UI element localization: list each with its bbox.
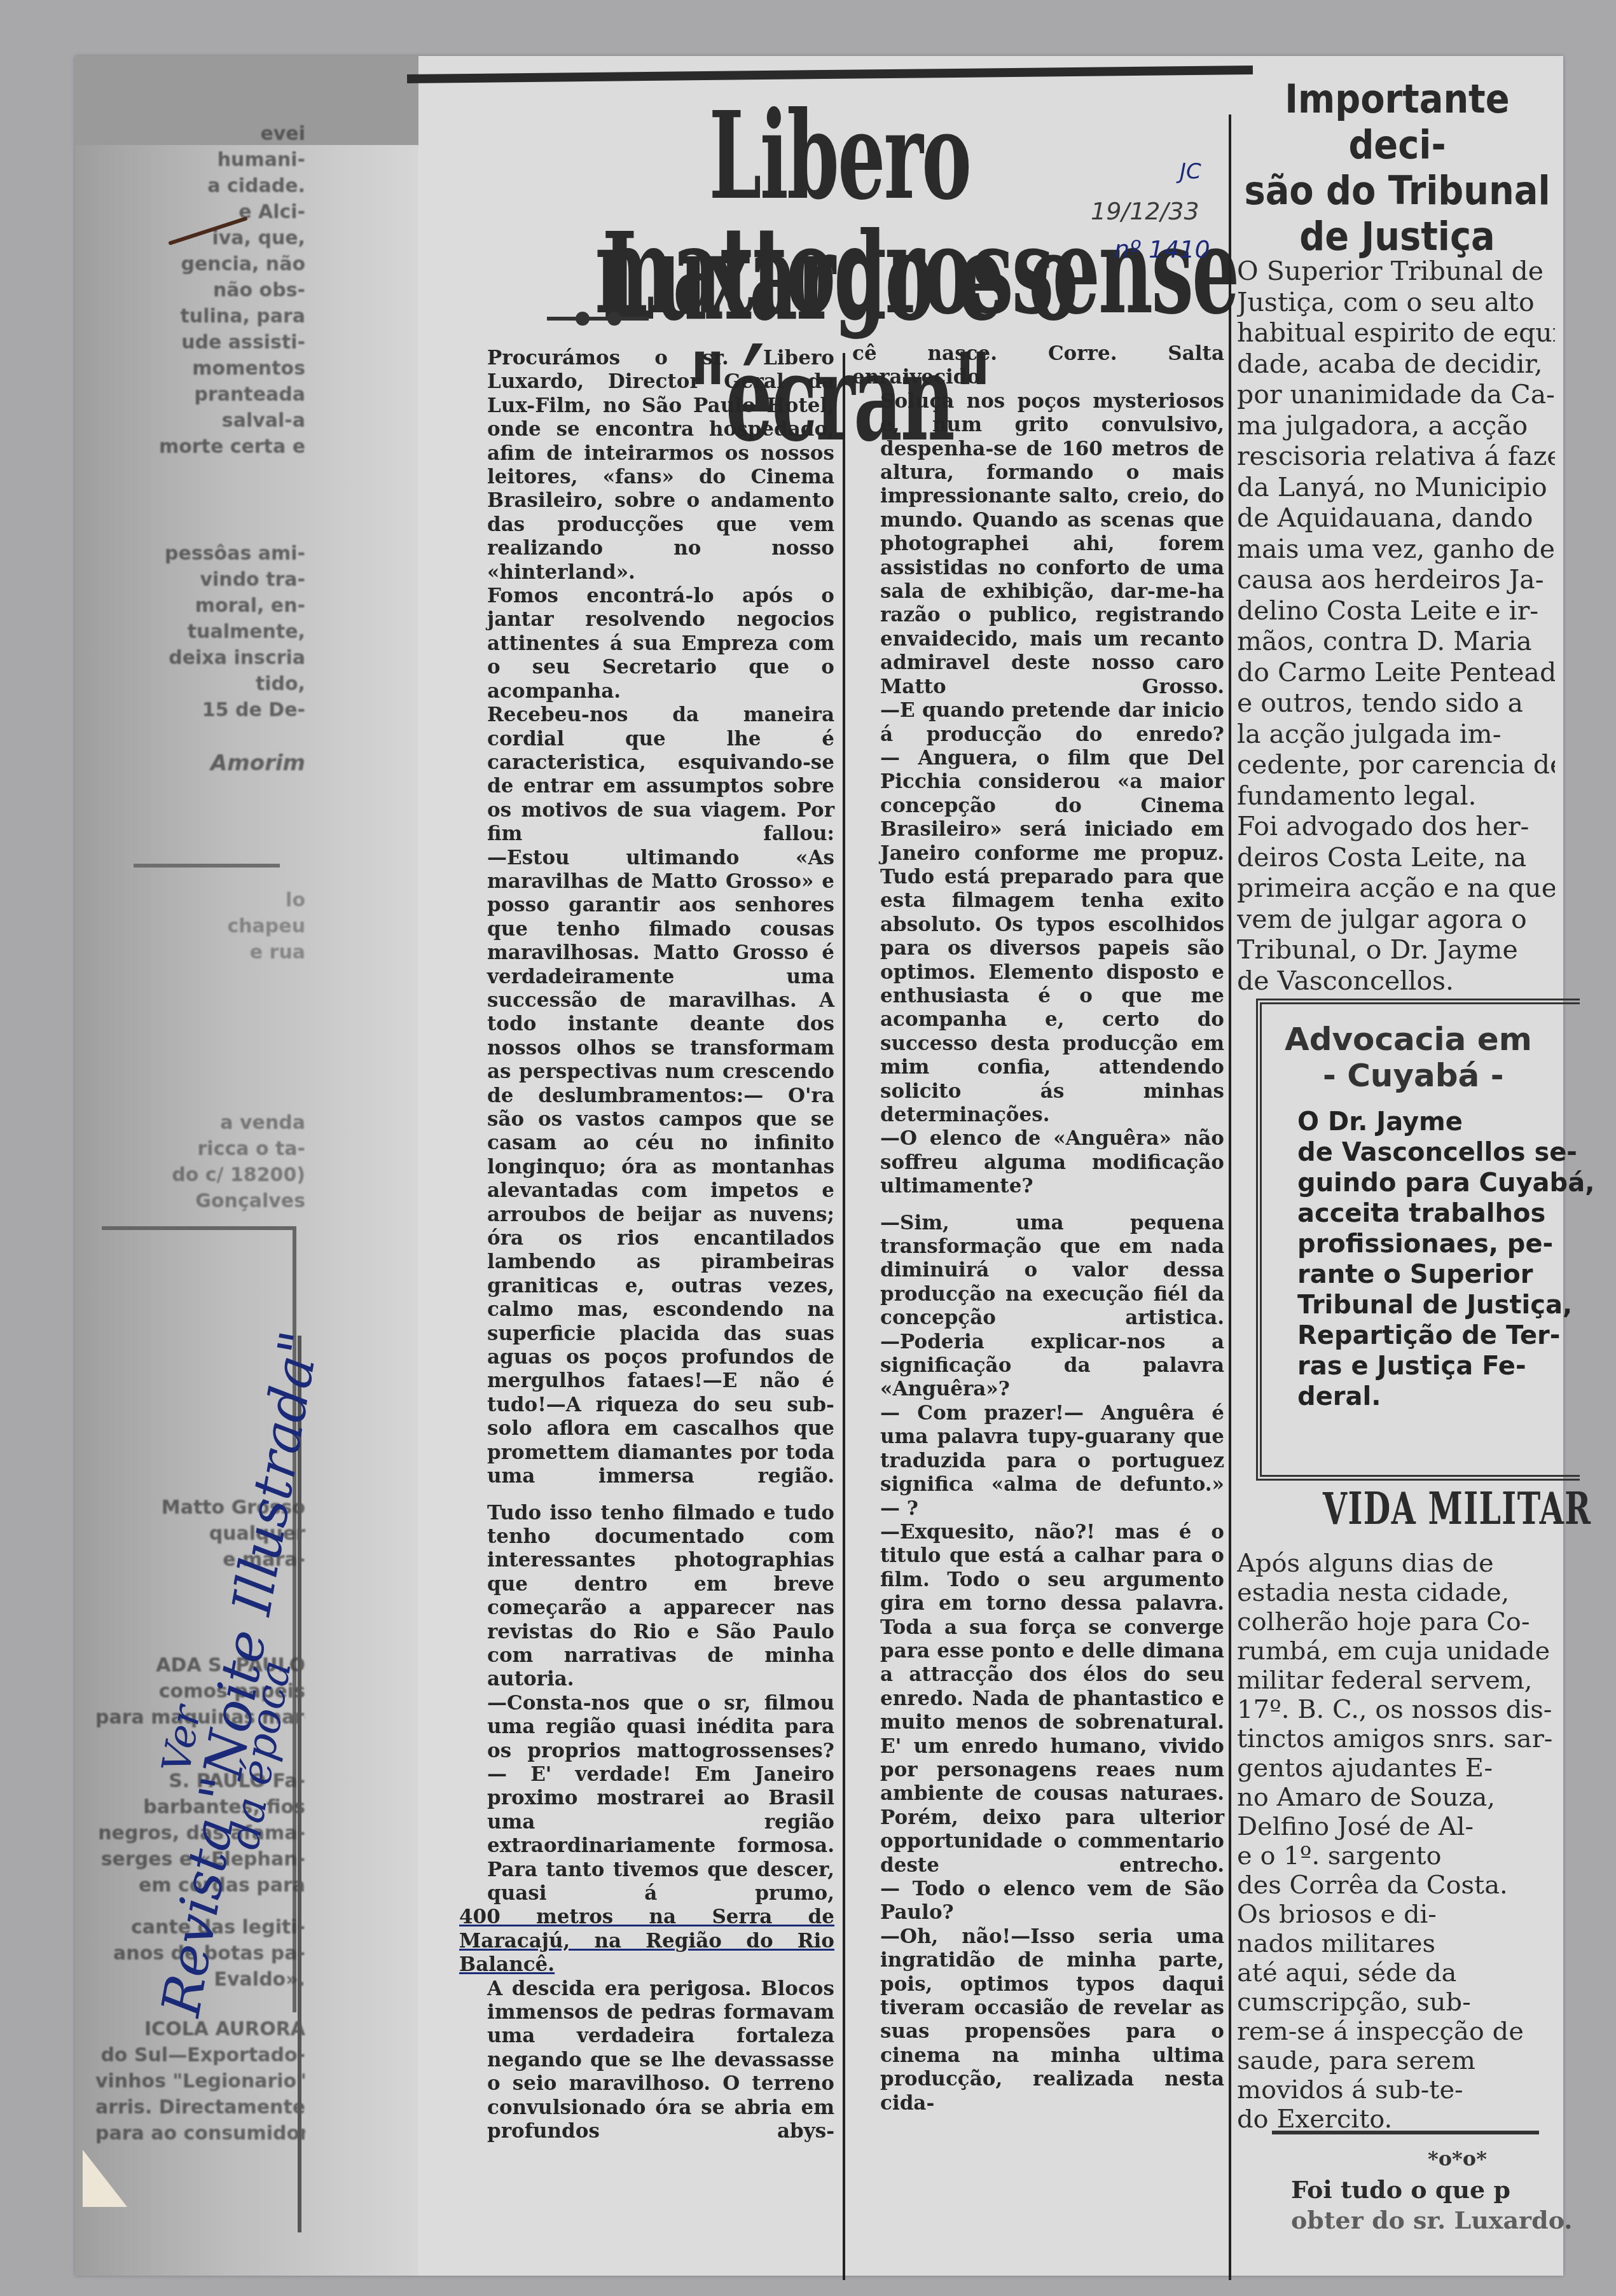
vida-militar-body: Após alguns dias deestadia nesta cidade,…: [1237, 1549, 1555, 2134]
headline-ornament: [547, 317, 649, 321]
paragraph: —O elenco de «Anguêra» não soffreu algum…: [852, 1127, 1224, 1198]
text-line: de Vasconcellos.: [1237, 965, 1555, 997]
text-line: primeira acção e na que: [1237, 873, 1555, 904]
text-line: e rua: [95, 939, 305, 965]
text-line: a venda: [95, 1110, 305, 1136]
paragraph: —Poderia explicar-nos a significação da …: [852, 1331, 1224, 1402]
text-line: rem-se á inspecção de: [1237, 2017, 1555, 2046]
text-line: habitual espirito de equi-: [1237, 317, 1555, 349]
paragraph: Tudo está preparado para que esta filmag…: [852, 866, 1224, 1127]
left-fragment-block-2: pessôas ami-vindo tra-moral, en-tualment…: [95, 541, 305, 723]
text-line: Os briosos e di-: [1237, 1900, 1555, 1929]
text-line: e o 1º. sargento: [1237, 1841, 1555, 1871]
text-line: saude, para serem: [1237, 2046, 1555, 2075]
text-line: deixa inscria: [95, 645, 305, 671]
text-line: la acção julgada im-: [1237, 719, 1555, 750]
text-line: Justiça, com o seu alto: [1237, 287, 1555, 318]
column-divider-1: [843, 353, 845, 2280]
text-line: rescisoria relativa á fazenda: [1237, 441, 1555, 472]
handwritten-initials: JC: [1180, 159, 1201, 184]
column-divider-2: [1229, 114, 1231, 2280]
left-fragment-block-9: ICOLA AURORAdo Sul—Exportado-vinhos "Leg…: [95, 2016, 305, 2147]
text-line: morte certa e: [95, 434, 305, 460]
advert-subtitle: - Cuyabá -: [1323, 1057, 1503, 1094]
text-line: des Corrêa da Costa.: [1237, 1871, 1555, 1900]
text-line: ma julgadora, a acção: [1237, 410, 1555, 441]
text-line: gentos ajudantes E-: [1237, 1753, 1555, 1783]
text-line: a cidade.: [95, 173, 305, 199]
vida-militar-headline: VIDA MILITAR: [1323, 1482, 1591, 1535]
text-line: estadia nesta cidade,: [1237, 1578, 1555, 1607]
text-line: arris. Directamente: [95, 2094, 305, 2120]
text-line: deral.: [1297, 1381, 1594, 1412]
text-line: mãos, contra D. Maria: [1237, 626, 1555, 657]
text-line: pessôas ami-: [95, 541, 305, 567]
folded-corner: [83, 2150, 127, 2207]
paragraph: —Consta-nos que o sr, filmou uma região …: [459, 1692, 834, 1763]
left-fragment-block-3: lochapeue rua: [95, 887, 305, 965]
text-line: Gonçalves: [95, 1188, 305, 1214]
text-line: Tribunal de Justiça,: [1297, 1290, 1594, 1320]
separator-mark: *o*o*: [1428, 2147, 1487, 2171]
text-line: ras e Justiça Fe-: [1297, 1351, 1594, 1381]
paragraph: — Com prazer!— Anguêra é uma palavra tup…: [852, 1402, 1224, 1497]
left-fragment-block-4: a vendaricca o ta-do c/ 18200)Gonçalves: [95, 1110, 305, 1214]
text-line: ude assisti-: [95, 329, 305, 356]
article-column-1: Procurámos o sr. Libero Luxardo, Directo…: [459, 347, 834, 2143]
text-line: do Sul—Exportado-: [95, 2042, 305, 2068]
paragraph: —Oh, não!—Isso seria uma ingratidão de m…: [852, 1925, 1224, 2115]
text-line: da Lanyá, no Municipio: [1237, 472, 1555, 503]
text-line: do Carmo Leite Penteado: [1237, 657, 1555, 688]
text-line: 15 de De-: [95, 697, 305, 723]
text-line: nados militares: [1237, 1929, 1555, 1958]
paragraph: Recebeu-nos da maneira cordial que lhe é…: [459, 703, 834, 846]
text-line: moral, en-: [95, 593, 305, 619]
left-fragment-signature: Amorim: [95, 750, 305, 777]
text-line: deiros Costa Leite, na: [1237, 842, 1555, 873]
text-line: tualmente,: [95, 619, 305, 645]
handwritten-number: nº 1410: [1114, 235, 1210, 263]
text-line: causa aos herdeiros Ja-: [1237, 564, 1555, 595]
text-line: tinctos amigos snrs. sar-: [1237, 1724, 1555, 1753]
text-line: evei: [95, 121, 305, 147]
text-line: iva, que,: [95, 225, 305, 251]
text-line: ICOLA AURORA: [95, 2016, 305, 2042]
text-line: Foi advogado dos her-: [1237, 811, 1555, 842]
text-line: Delfino José de Al-: [1237, 1812, 1555, 1841]
handwritten-date: 19/12/33: [1091, 197, 1199, 225]
text-line: para ao consumidor: [95, 2120, 305, 2147]
text-line: por unanimidade da Ca-: [1237, 379, 1555, 410]
paragraph: A descida era perigosa. Blocos immensos …: [459, 1977, 834, 2144]
text-line: 17º. B. C., os nossos dis-: [1237, 1695, 1555, 1724]
paragraph: —Sim, uma pequena transformação que em n…: [852, 1212, 1224, 1331]
text-line: vinhos "Legionario": [95, 2068, 305, 2094]
paragraph: — Anguera, o film que Del Picchia consid…: [852, 747, 1224, 866]
text-line: O Superior Tribunal de: [1237, 256, 1555, 287]
text-line: pranteada: [95, 382, 305, 408]
advert-title: Advocacia em: [1285, 1021, 1532, 1058]
text-line: tido,: [95, 671, 305, 697]
article-column-2: cê nasce. Corre. Salta enraivecido. Solu…: [852, 342, 1224, 2115]
text-line: Após alguns dias de: [1237, 1549, 1555, 1578]
paragraph: —Estou ultimando «As maravilhas de Matto…: [459, 847, 834, 1489]
text-line: chapeu: [95, 913, 305, 939]
paragraph: cê nasce. Corre. Salta enraivecido.: [852, 342, 1224, 390]
text-line: colherão hoje para Co-: [1237, 1607, 1555, 1636]
text-line: não obs-: [95, 277, 305, 303]
text-line: vindo tra-: [95, 567, 305, 593]
text-line: ricca o ta-: [95, 1136, 305, 1162]
paragraph: — E' verdade! Em Janeiro proximo mostrar…: [459, 1763, 834, 1905]
underlined-passage: 400 metros na Serra de Maracajú, na Regi…: [459, 1905, 834, 1977]
right-article-body: O Superior Tribunal deJustiça, com o seu…: [1237, 256, 1555, 996]
text-line: gencia, não: [95, 251, 305, 277]
text-line: tulina, para: [95, 303, 305, 329]
text-line: até aqui, séde da: [1237, 1958, 1555, 1988]
advert-body: O Dr. Jaymede Vasconcellos se-guindo par…: [1297, 1107, 1594, 1412]
text-line: Tribunal, o Dr. Jayme: [1237, 934, 1555, 965]
text-line: Repartição de Ter-: [1297, 1320, 1594, 1351]
text-line: rumbá, em cuja unidade: [1237, 1636, 1555, 1666]
text-line: momentos: [95, 356, 305, 382]
text-line: do Exercito.: [1237, 2105, 1555, 2134]
text-line: vem de julgar agora o: [1237, 904, 1555, 935]
text-line: mais uma vez, ganho de: [1237, 534, 1555, 565]
text-line: do c/ 18200): [95, 1162, 305, 1188]
text-line: dade, acaba de decidir,: [1237, 349, 1555, 380]
text-line: fundamento legal.: [1237, 780, 1555, 812]
paragraph: Procurámos o sr. Libero Luxardo, Directo…: [459, 347, 834, 584]
text-line: de Aquidauana, dando: [1237, 502, 1555, 534]
text-line: O Dr. Jayme: [1297, 1107, 1594, 1137]
text-line: lo: [95, 887, 305, 913]
left-fragment-block-1: eveihumani-a cidade.e Alci-iva, que,genc…: [95, 121, 305, 460]
text-line: movidos á sub-te-: [1237, 2075, 1555, 2105]
text-line: cumscripção, sub-: [1237, 1988, 1555, 2017]
text-line: no Amaro de Souza,: [1237, 1783, 1555, 1812]
text-line: acceita trabalhos: [1297, 1198, 1594, 1229]
right-headline: Importante deci- são do Tribunal de Just…: [1237, 76, 1557, 259]
text-line: e outros, tendo sido a: [1237, 688, 1555, 719]
continuation-line: Foi tudo o que p: [1291, 2175, 1510, 2204]
paragraph: — ?: [852, 1497, 1224, 1521]
paragraph: —E quando pretende dar inicio á producçã…: [852, 699, 1224, 747]
paragraph: —Exquesito, não?! mas é o titulo que est…: [852, 1521, 1224, 1878]
text-line: profissionaes, pe-: [1297, 1229, 1594, 1259]
text-line: cedente, por carencia de: [1237, 749, 1555, 780]
paragraph: — Todo o elenco vem de São Paulo?: [852, 1878, 1224, 1925]
text-line: delino Costa Leite e ir-: [1237, 595, 1555, 626]
text-line: de Vasconcellos se-: [1297, 1137, 1594, 1168]
text-line: humani-: [95, 147, 305, 173]
left-fragment-rule: [134, 864, 280, 868]
text-line: guindo para Cuyabá,: [1297, 1168, 1594, 1198]
text-line: e Alci-: [95, 199, 305, 225]
continuation-line-2: obter do sr. Luxardo.: [1291, 2206, 1573, 2234]
section-rule: [1272, 2131, 1539, 2134]
headline-line-2: mattogrossense: [595, 210, 1084, 331]
paragraph: Soluça nos poços mysteriosos e, num grit…: [852, 390, 1224, 699]
paragraph: Fomos encontrá-lo após o jantar resolven…: [459, 584, 834, 703]
text-line: salval-a: [95, 408, 305, 434]
text-line: rante o Superior: [1297, 1259, 1594, 1290]
text-line: militar federal servem,: [1237, 1666, 1555, 1695]
paragraph: Tudo isso tenho filmado e tudo tenho doc…: [459, 1502, 834, 1692]
